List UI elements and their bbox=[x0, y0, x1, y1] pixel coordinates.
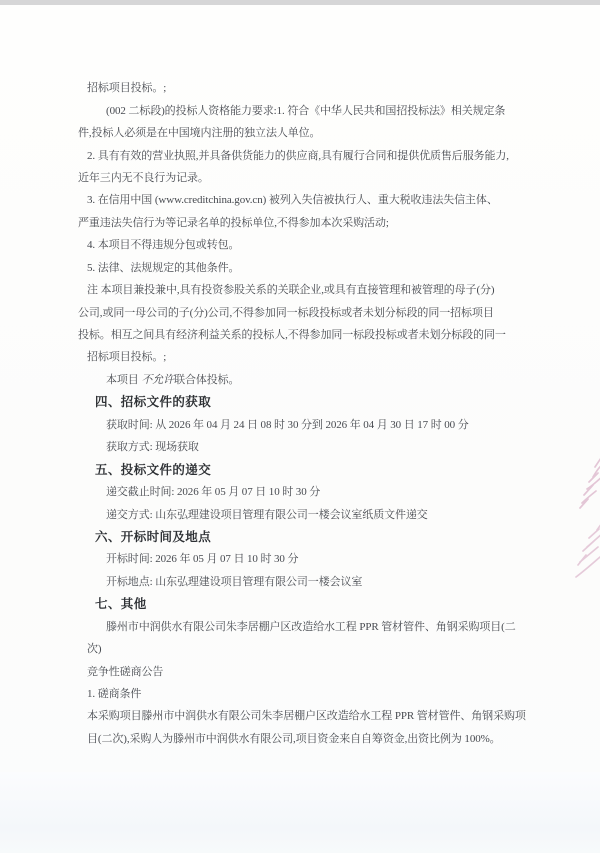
doc-line: 公司,或同一母公司的子(分)公司,不得参加同一标段投标或者未划分标段的同一招标项… bbox=[78, 300, 532, 322]
section-heading: 六、开标时间及地点 bbox=[78, 525, 532, 547]
doc-line: 获取方式: 现场获取 bbox=[78, 435, 532, 457]
doc-line: 投标。相互之间具有经济利益关系的投标人,不得参加同一标段投标或者未划分标段的同一 bbox=[78, 323, 532, 345]
scan-bottom-edge bbox=[0, 772, 600, 853]
doc-line: 注 本项目兼投兼中,具有投资参股关系的关联企业,或具有直接管理和被管理的母子(分… bbox=[78, 278, 532, 300]
section-heading: 四、招标文件的获取 bbox=[78, 390, 532, 412]
doc-line: 竞争性磋商公告 bbox=[78, 659, 532, 681]
section-heading: 七、其他 bbox=[78, 592, 532, 614]
section-heading: 五、投标文件的递交 bbox=[78, 457, 532, 479]
doc-line: 目(二次),采购人为滕州市中润供水有限公司,项目资金来自自筹资金,出资比例为 1… bbox=[78, 727, 532, 749]
doc-line: 次) bbox=[78, 637, 532, 659]
doc-line: 2. 具有有效的营业执照,并具备供货能力的供应商,具有履行合同和提供优质售后服务… bbox=[78, 143, 532, 165]
document-body: 招标项目投标。;(002 二标段)的投标人资格能力要求:1. 符合《中华人民共和… bbox=[78, 76, 532, 749]
doc-line: 递交方式: 山东弘理建设项目管理有限公司一楼会议室纸质文件递交 bbox=[78, 502, 532, 524]
doc-line: 本采购项目滕州市中润供水有限公司朱李居棚户区改造给水工程 PPR 管材管件、角钢… bbox=[78, 704, 532, 726]
doc-line: 件,投标人必须是在中国境内注册的独立法人单位。 bbox=[78, 121, 532, 143]
doc-line: 获取时间: 从 2026 年 04 月 24 日 08 时 30 分到 2026… bbox=[78, 413, 532, 435]
doc-line: 4. 本项目不得违规分包或转包。 bbox=[78, 233, 532, 255]
doc-line: 招标项目投标。; bbox=[78, 76, 532, 98]
doc-line: 递交截止时间: 2026 年 05 月 07 日 10 时 30 分 bbox=[78, 480, 532, 502]
doc-line: 开标地点: 山东弘理建设项目管理有限公司一楼会议室 bbox=[78, 570, 532, 592]
doc-line: 1. 磋商条件 bbox=[78, 682, 532, 704]
doc-text-segment: 本项目 bbox=[106, 371, 141, 387]
doc-line: 5. 法律、法规规定的其他条件。 bbox=[78, 256, 532, 278]
doc-line: 3. 在信用中国 (www.creditchina.gov.cn) 被列入失信被… bbox=[78, 188, 532, 210]
doc-line: 招标项目投标。; bbox=[78, 345, 532, 367]
doc-line: 近年三内无不良行为记录。 bbox=[78, 166, 532, 188]
doc-line: 严重违法失信行为等记录名单的投标单位,不得参加本次采购活动; bbox=[78, 211, 532, 233]
doc-line: 滕州市中润供水有限公司朱李居棚户区改造给水工程 PPR 管材管件、角钢采购项目(… bbox=[78, 615, 532, 637]
doc-text-segment: 不允许 bbox=[141, 371, 174, 387]
doc-text-segment: 联合体投标。 bbox=[174, 371, 239, 387]
doc-line: 开标时间: 2026 年 05 月 07 日 10 时 30 分 bbox=[78, 547, 532, 569]
doc-line: (002 二标段)的投标人资格能力要求:1. 符合《中华人民共和国招投标法》相关… bbox=[78, 98, 532, 120]
doc-line: 本项目 不允许联合体投标。 bbox=[78, 368, 532, 390]
